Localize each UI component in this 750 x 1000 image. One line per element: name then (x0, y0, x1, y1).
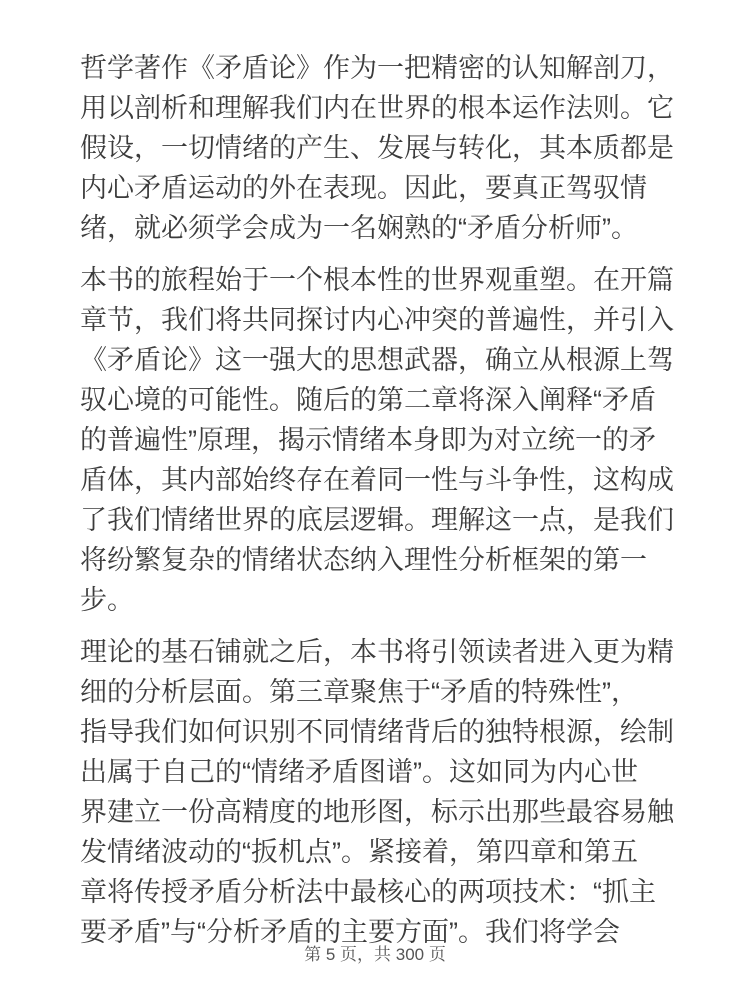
document-page: 哲学著作《矛盾论》作为一把精密的认知解剖刀， 用以剖析和理解我们内在世界的根本运… (0, 0, 750, 1000)
page-number-footer: 第 5 页，共 300 页 (0, 944, 750, 966)
document-content: 哲学著作《矛盾论》作为一把精密的认知解剖刀， 用以剖析和理解我们内在世界的根本运… (0, 0, 750, 952)
paragraph-2: 本书的旅程始于一个根本性的世界观重塑。在开篇 章节，我们将共同探讨内心冲突的普遍… (80, 260, 680, 620)
paragraph-1: 哲学著作《矛盾论》作为一把精密的认知解剖刀， 用以剖析和理解我们内在世界的根本运… (80, 48, 680, 248)
paragraph-3: 理论的基石铺就之后，本书将引领读者进入更为精 细的分析层面。第三章聚焦于“矛盾的… (80, 632, 680, 952)
